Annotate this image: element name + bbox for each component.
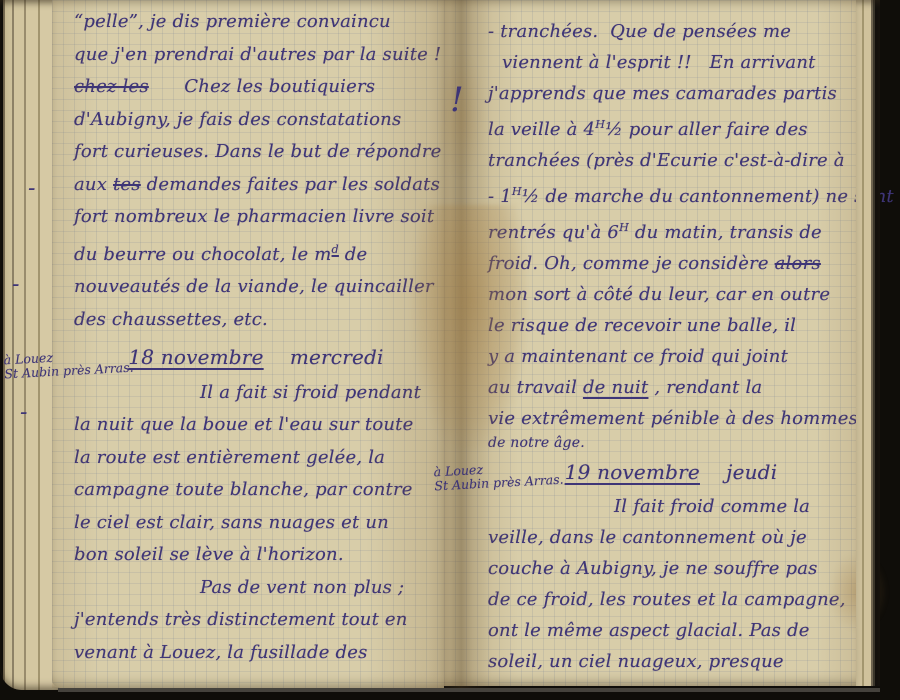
handwriting-segment: jeudi: [700, 460, 777, 484]
handwriting-segment: tranchées (près d'Ecurie c'est-à-dire à: [488, 150, 845, 171]
handwritten-line: Pas de vent non plus ;: [74, 572, 438, 605]
handwritten-line: y a maintenant ce froid qui joint: [488, 341, 854, 372]
handwriting-segment: y a maintenant ce froid qui joint: [488, 346, 788, 367]
handwriting-segment: ½ pour aller faire des: [605, 119, 808, 140]
handwriting-segment: “pelle”, je dis première convaincu: [74, 11, 391, 32]
handwritten-line: ont le même aspect glacial. Pas de: [488, 615, 854, 646]
handwriting-segment: 19 novembre: [565, 460, 700, 484]
handwriting-segment: du matin, transis de: [629, 222, 822, 243]
handwritten-line: fort curieuses. Dans le but de répondre: [74, 136, 438, 169]
handwritten-line: froid. Oh, comme je considère alors: [488, 248, 854, 279]
handwriting-segment: tes: [113, 174, 141, 195]
handwriting-segment: - tranchées. Que de pensées me: [488, 21, 791, 42]
handwriting-segment: le ciel est clair, sans nuages et un: [74, 512, 389, 533]
left-page-text: “pelle”, je dis première convaincuque j'…: [74, 6, 438, 669]
handwriting-segment: fort nombreux le pharmacien livre soit: [74, 206, 434, 227]
handwritten-line: Il fait froid comme la: [488, 491, 854, 522]
handwriting-segment: soleil, un ciel nuageux, presque: [488, 651, 784, 672]
handwritten-line: bon soleil se lève à l'horizon.: [74, 539, 438, 572]
handwriting-segment: H: [512, 185, 522, 198]
handwritten-line: fort nombreux le pharmacien livre soit: [74, 201, 438, 234]
handwriting-segment: nouveautés de la viande, le quincailler: [74, 276, 434, 297]
handwriting-segment: la veille à 4: [488, 119, 595, 140]
handwritten-line: des chaussettes, etc.: [74, 304, 438, 337]
handwritten-line: que j'en prendrai d'autres par la suite …: [74, 39, 438, 72]
handwritten-line: au travail de nuit , rendant la: [488, 372, 854, 403]
handwritten-line: rentrés qu'à 6H du matin, transis de: [488, 212, 854, 248]
handwritten-line: j'entends très distinctement tout en: [74, 604, 438, 637]
handwriting-segment: - 1: [488, 186, 512, 207]
handwriting-segment: le risque de recevoir une balle, il: [488, 315, 796, 336]
handwritten-line: “pelle”, je dis première convaincu: [74, 6, 438, 39]
handwriting-segment: d: [332, 243, 339, 256]
handwritten-line: du beurre ou chocolat, le md de: [74, 234, 438, 272]
handwriting-segment: j'apprends que mes camarades partis: [488, 83, 837, 104]
handwriting-segment: ont le même aspect glacial. Pas de: [488, 620, 810, 641]
handwriting-segment: venant à Louez, la fusillade des: [74, 642, 368, 663]
handwritten-line: la veille à 4H½ pour aller faire des: [488, 109, 854, 145]
handwritten-line: - tranchées. Que de pensées me: [488, 16, 854, 47]
handwritten-line: veille, dans le cantonnement où je: [488, 522, 854, 553]
handwritten-line: de notre âge.: [488, 434, 854, 452]
handwriting-segment: mon sort à côté du leur, car en outre: [488, 284, 830, 305]
right-page: - tranchées. Que de pensées meviennent à…: [444, 0, 858, 686]
handwritten-line: - 1H½ de marche du cantonnement) ne sont: [488, 176, 854, 212]
handwriting-segment: la route est entièrement gelée, la: [74, 447, 385, 468]
handwriting-segment: au travail: [488, 377, 583, 398]
handwriting-segment: ½ de marche du cantonnement) ne sont: [522, 186, 894, 207]
handwriting-segment: que j'en prendrai d'autres par la suite …: [74, 44, 441, 65]
handwritten-line: de ce froid, les routes et la campagne,: [488, 584, 854, 615]
handwriting-segment: demandes faites par les soldats: [141, 174, 440, 195]
handwriting-segment: de nuit: [583, 377, 648, 398]
handwriting-segment: vie extrêmement pénible à des hommes: [488, 408, 858, 429]
ink-margin-mark: !: [450, 80, 464, 120]
handwriting-segment: campagne toute blanche, par contre: [74, 479, 413, 500]
handwritten-line: j'apprends que mes camarades partis: [488, 78, 854, 109]
handwritten-line: soleil, un ciel nuageux, presque: [488, 646, 854, 677]
handwriting-segment: veille, dans le cantonnement où je: [488, 527, 807, 548]
handwritten-line: vie extrêmement pénible à des hommes: [488, 403, 854, 434]
handwriting-segment: , rendant la: [648, 377, 762, 398]
handwriting-segment: Il a fait si froid pendant: [200, 382, 421, 403]
handwritten-line: nouveautés de la viande, le quincailler: [74, 271, 438, 304]
handwriting-segment: aux: [74, 174, 113, 195]
ink-margin-mark: -: [28, 176, 35, 201]
handwriting-segment: couche à Aubigny, je ne souffre pas: [488, 558, 818, 579]
handwritten-line: viennent à l'esprit !! En arrivant: [488, 47, 854, 78]
handwriting-segment: de ce froid, les routes et la campagne,: [488, 589, 846, 610]
left-page: “pelle”, je dis première convaincuque j'…: [52, 0, 444, 688]
handwritten-line: mon sort à côté du leur, car en outre: [488, 279, 854, 310]
handwriting-segment: de: [339, 244, 368, 265]
handwriting-segment: viennent à l'esprit !! En arrivant: [502, 52, 816, 73]
handwriting-segment: j'entends très distinctement tout en: [74, 609, 408, 630]
handwriting-segment: chez les: [74, 76, 149, 97]
handwriting-segment: Pas de vent non plus ;: [200, 577, 404, 598]
handwriting-segment: la nuit que la boue et l'eau sur toute: [74, 414, 413, 435]
handwritten-line: campagne toute blanche, par contre: [74, 474, 438, 507]
handwriting-segment: rentrés qu'à 6: [488, 222, 619, 243]
table-edge: [58, 688, 880, 692]
handwriting-segment: Chez les boutiquiers: [149, 76, 375, 97]
handwritten-line: la nuit que la boue et l'eau sur toute: [74, 409, 438, 442]
right-page-text: - tranchées. Que de pensées meviennent à…: [488, 16, 854, 677]
handwriting-segment: de notre âge.: [488, 435, 585, 451]
handwriting-segment: froid. Oh, comme je considère: [488, 253, 775, 274]
handwriting-segment: d'Aubigny, je fais des constatations: [74, 109, 401, 130]
handwriting-segment: alors: [775, 253, 821, 274]
handwriting-segment: H: [595, 118, 605, 131]
handwriting-segment: mercredi: [264, 345, 384, 369]
handwriting-segment: fort curieuses. Dans le but de répondre: [74, 141, 442, 162]
notebook-photo: “pelle”, je dis première convaincuque j'…: [0, 0, 900, 700]
right-page-edges: [856, 0, 880, 686]
handwritten-line: Il a fait si froid pendant: [74, 377, 438, 410]
handwritten-line: venant à Louez, la fusillade des: [74, 637, 438, 670]
left-page-edges: [0, 0, 58, 690]
handwritten-line: le ciel est clair, sans nuages et un: [74, 507, 438, 540]
handwriting-segment: Il fait froid comme la: [614, 496, 810, 517]
handwritten-line: le risque de recevoir une balle, il: [488, 310, 854, 341]
handwriting-segment: bon soleil se lève à l'horizon.: [74, 544, 344, 565]
ink-margin-mark: -: [20, 400, 27, 425]
handwritten-line: aux tes demandes faites par les soldats: [74, 169, 438, 202]
handwriting-segment: des chaussettes, etc.: [74, 309, 268, 330]
handwritten-line: tranchées (près d'Ecurie c'est-à-dire à: [488, 145, 854, 176]
handwriting-segment: 18 novembre: [128, 345, 263, 369]
ink-margin-mark: -: [12, 272, 19, 297]
handwritten-line: d'Aubigny, je fais des constatations: [74, 104, 438, 137]
handwriting-segment: H: [619, 221, 629, 234]
handwriting-segment: du beurre ou chocolat, le m: [74, 244, 332, 265]
handwritten-line: la route est entièrement gelée, la: [74, 442, 438, 475]
handwritten-line: couche à Aubigny, je ne souffre pas: [488, 553, 854, 584]
handwritten-line: chez les Chez les boutiquiers: [74, 71, 438, 104]
